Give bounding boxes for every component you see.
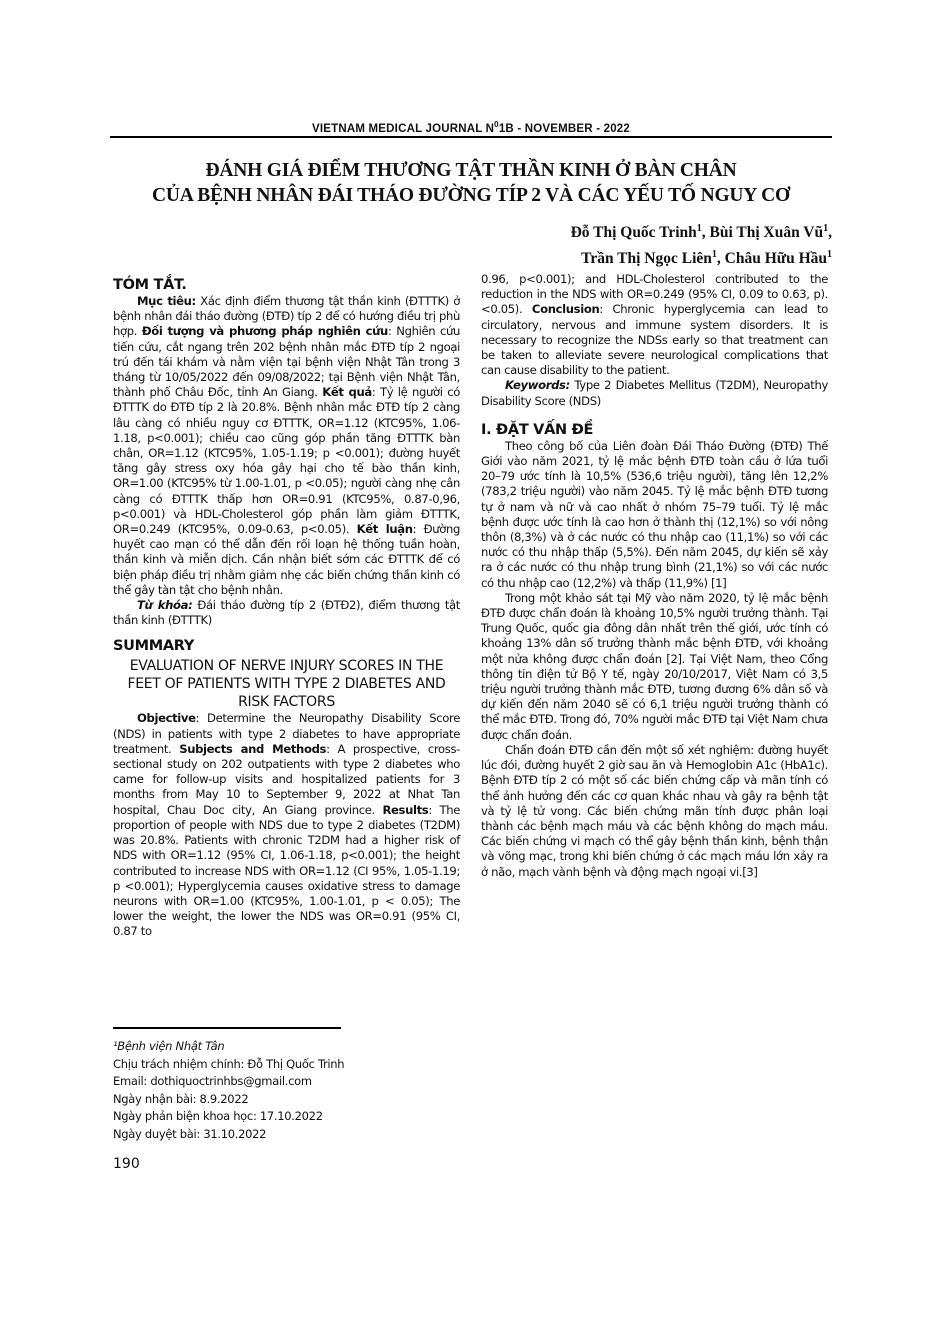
right-column: 0.96, p<0.001); and HDL-Cholesterol cont… <box>481 272 828 880</box>
section-1-heading: I. ĐẶT VẤN ĐỀ <box>481 421 828 439</box>
footnotes: ¹Bệnh viện Nhật Tân Chịu trách nhiệm chí… <box>113 1038 460 1143</box>
author-line-2: Trần Thị Ngọc Liên1, Châu Hữu Hầu1 <box>571 244 832 270</box>
author-line-1: Đỗ Thị Quốc Trinh1, Bùi Thị Xuân Vũ1, <box>571 218 832 244</box>
corresponding-author: Chịu trách nhiệm chính: Đỗ Thị Quốc Trin… <box>113 1056 460 1074</box>
section-1-paragraph: Theo công bố của Liên đoàn Đái Tháo Đườn… <box>481 439 828 591</box>
contact-email: Email: dothiquoctrinhbs@gmail.com <box>113 1073 460 1091</box>
author-name: Bùi Thị Xuân Vũ <box>710 224 824 241</box>
title-line-2: CỦA BỆNH NHÂN ĐÁI THÁO ĐƯỜNG TÍP 2 VÀ CÁ… <box>110 183 832 208</box>
author-name: Trần Thị Ngọc Liên <box>581 250 712 267</box>
footnote-rule <box>113 1027 341 1029</box>
section-1-paragraph: Chẩn đoán ĐTĐ cần đến một số xét nghiệm:… <box>481 743 828 880</box>
left-column: TÓM TẮT. Mục tiêu: Xác định điểm thương … <box>113 276 460 940</box>
affiliation-note: ¹Bệnh viện Nhật Tân <box>113 1038 460 1056</box>
review-date: Ngày phản biện khoa học: 17.10.2022 <box>113 1108 460 1126</box>
journal-header: VIETNAM MEDICAL JOURNAL N01B - NOVEMBER … <box>110 120 832 135</box>
en-keywords: Keywords: Type 2 Diabetes Mellitus (T2DM… <box>481 378 828 408</box>
article-title: ĐÁNH GIÁ ĐIỂM THƯƠNG TẬT THẦN KINH Ở BÀN… <box>110 158 832 208</box>
title-line-1: ĐÁNH GIÁ ĐIỂM THƯƠNG TẬT THẦN KINH Ở BÀN… <box>110 158 832 183</box>
en-abstract-body-left: Objective: Determine the Neuropathy Disa… <box>113 711 460 939</box>
author-name: Châu Hữu Hầu <box>725 250 827 267</box>
header-rule <box>110 136 832 138</box>
journal-page: VIETNAM MEDICAL JOURNAL N01B - NOVEMBER … <box>0 0 942 1333</box>
author-name: Đỗ Thị Quốc Trinh <box>571 224 697 241</box>
en-abstract-body-right: 0.96, p<0.001); and HDL-Cholesterol cont… <box>481 272 828 378</box>
vn-abstract-heading: TÓM TẮT. <box>113 276 460 294</box>
section-1-paragraph: Trong một khảo sát tại Mỹ vào năm 2020, … <box>481 591 828 743</box>
page-number: 190 <box>113 1156 140 1172</box>
en-article-title: EVALUATION OF NERVE INJURY SCORES IN THE… <box>113 657 460 711</box>
vn-abstract-body: Mục tiêu: Xác định điểm thương tật thần … <box>113 294 460 598</box>
accepted-date: Ngày duyệt bài: 31.10.2022 <box>113 1126 460 1144</box>
author-list: Đỗ Thị Quốc Trinh1, Bùi Thị Xuân Vũ1, Tr… <box>571 218 832 270</box>
vn-keywords: Từ khóa: Đái tháo đường típ 2 (ĐTĐ2), đi… <box>113 598 460 628</box>
summary-heading: SUMMARY <box>113 637 460 655</box>
received-date: Ngày nhận bài: 8.9.2022 <box>113 1091 460 1109</box>
